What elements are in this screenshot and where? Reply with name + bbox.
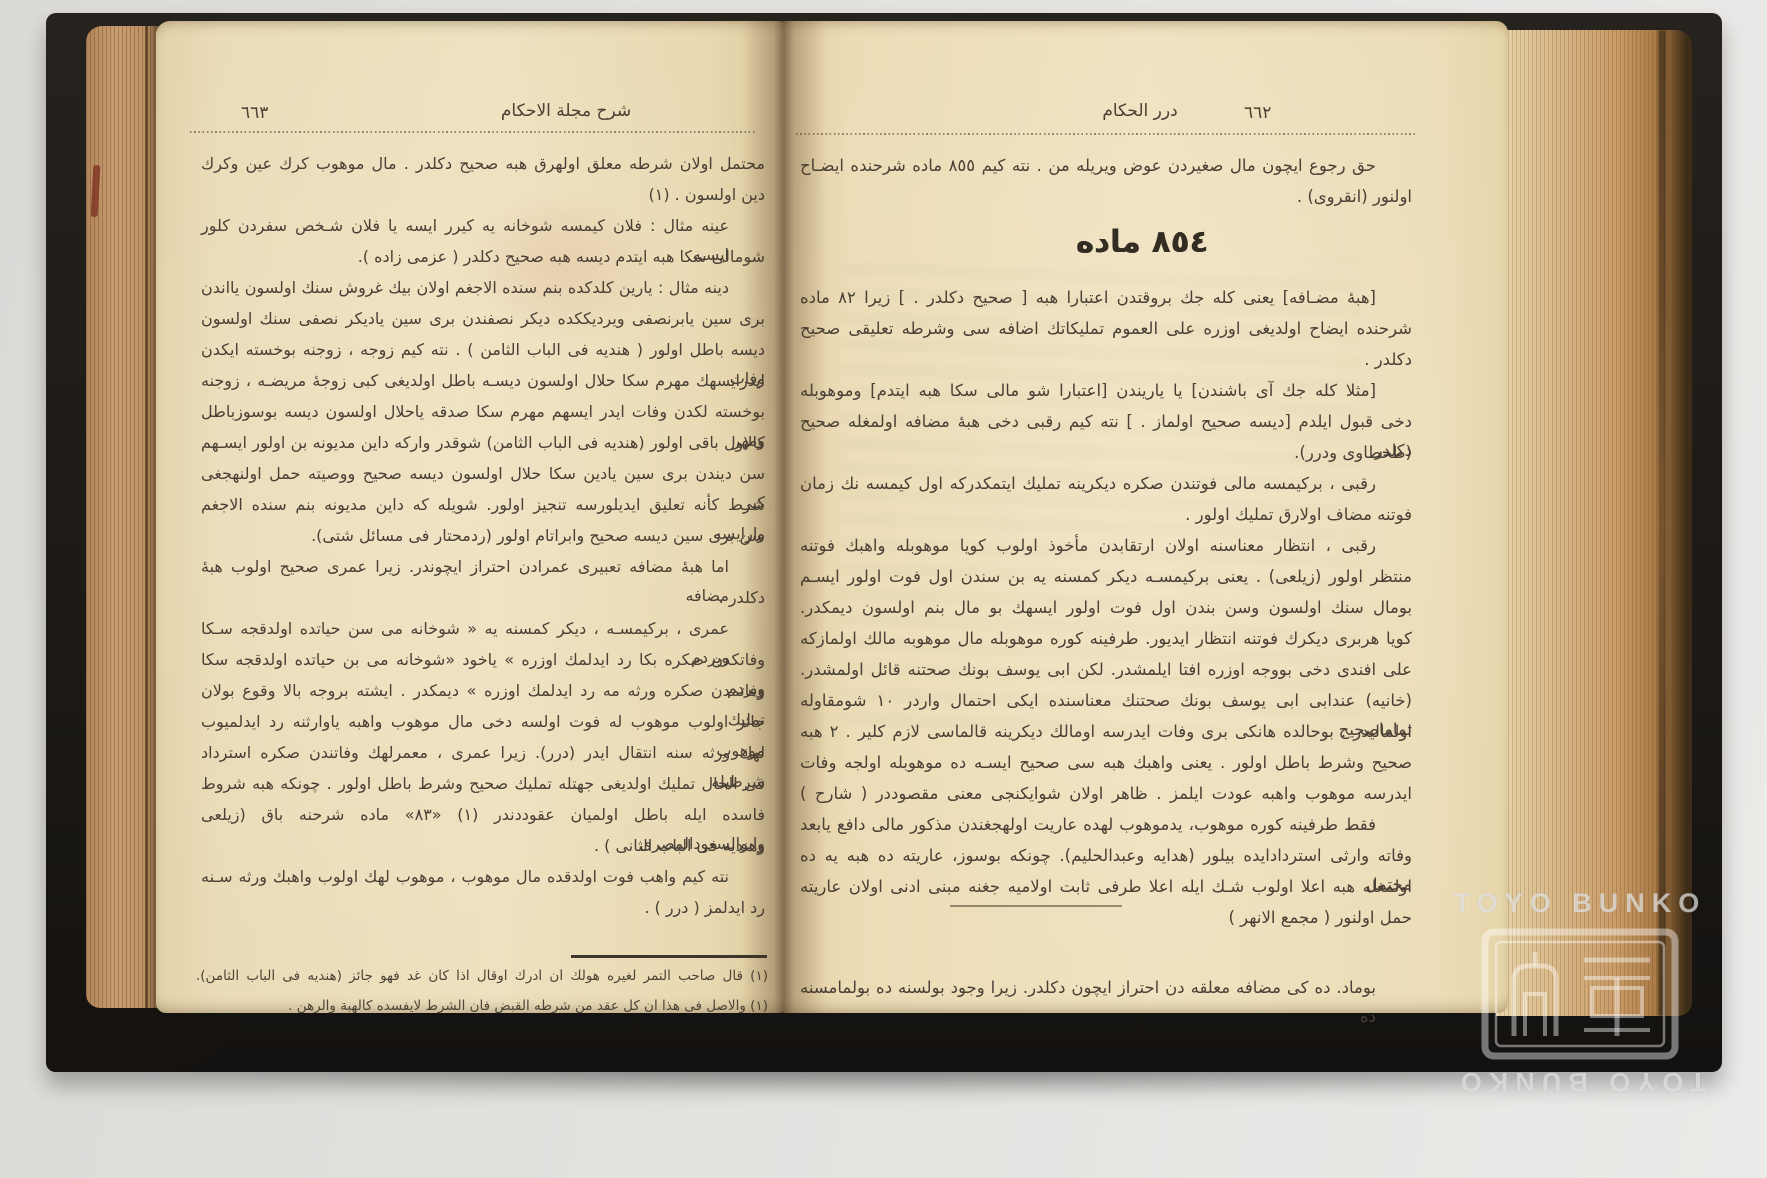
text-line: كويا هربرى ديكرك فوتنه انتظار ايديور. طر… <box>800 624 1412 655</box>
text-line: اولماليدر . بوحالده هانكى برى وفات ايدرس… <box>800 717 1412 748</box>
text-line: لهك ورثه سنه انتقال ايدر (درر). زيرا عمر… <box>201 738 765 769</box>
left-header-rule <box>190 131 756 133</box>
text-line: (١) والاصل فى هذا ان كل عقد من شرطه القب… <box>196 993 768 1023</box>
text-line: وفاته وارثى استردادايده بيلور (هدايه وعب… <box>800 841 1412 872</box>
text-line: اولمغله هبه اعلا اولوب شـك ايله اعلا طرف… <box>800 872 1412 903</box>
text-line: فاسده ايله باطل اولميان عقوددندر (١) «٨٣… <box>201 800 765 831</box>
text-line: دخى قبول ايلدم [ديسه صحيح اولماز . ] نته… <box>800 407 1412 438</box>
text-line: جائز اولوب موهوب له فوت اولسه دخى مال مو… <box>201 707 765 738</box>
text-line: ايدرايسهك مهرم سكا حلال اولسون ديسـه باط… <box>201 366 765 397</box>
text-line: (١) قال صاحب التمر لغيره هولك ان ادرك او… <box>196 963 768 993</box>
text-line: برى سين يابرنصفى ويرديككده ديكر نصفندن ب… <box>201 304 765 335</box>
text-line: شرحنده ايضاح اولديغى اوزره على العموم تم… <box>800 314 1412 345</box>
photo-scene: ٦٦٣ شرح مجلة الاحكام محتمل اولان شرطه مع… <box>0 0 1767 1178</box>
text-line: شرط كأنه تعليق ايديلورسه تنجيز اولور. شو… <box>201 490 765 521</box>
text-line: رقبى ، انتظار معناسنه اولان ارتقابدن مأخ… <box>800 531 1412 562</box>
right-page-header-title: درر الحكام <box>1050 101 1230 121</box>
text-line: اولنور (انقروى) . <box>800 182 1412 213</box>
right-page-number: ٦٦٢ <box>1244 103 1271 123</box>
left-page-number: ٦٦٣ <box>241 103 268 123</box>
text-line: [مثلا كله جك آى باشندن] يا ياريندن [اعتب… <box>800 376 1412 407</box>
text-line: دكلدر . <box>201 583 765 614</box>
footnote-rule <box>571 955 767 958</box>
faint-underline <box>950 905 1122 907</box>
text-line: وفاتكدن صكره بكا رد ايدلمك اوزره » ياخود… <box>201 645 765 676</box>
text-line: محتمل اولان شرطه معلق اولهرق هبه صحيح دك… <box>201 149 765 180</box>
text-line: وهنديه فى الباب الثانى ) . <box>201 831 765 862</box>
text-line: صحيح وشرط باطل اولور . يعنى واهبك هبه سى… <box>800 748 1412 779</box>
text-line: فوتنه مضاف اولارق تمليك اولور . <box>800 500 1412 531</box>
text-line: ايدرسه موهوب واهبه عودت ايلمز . ظاهر اول… <box>800 779 1412 810</box>
text-line: نته كيم واهب فوت اولدقده مال موهوب ، موه… <box>201 862 765 893</box>
right-header-rule <box>796 133 1416 135</box>
text-line: [هبهٔ مضـافه] يعنى كله جك بروقتدن اعتبار… <box>800 283 1412 314</box>
text-line: حق رجوع ايچون مال صغيردن عوض ويريله من .… <box>800 151 1412 182</box>
text-line: سن ديندن برى سين يادين سكا حلال اولسون د… <box>201 459 765 490</box>
left-page-body: محتمل اولان شرطه معلق اولهرق هبه صحيح دك… <box>201 149 765 924</box>
text-line: عمرى ، بركيمسـه ، ديكر كمسنه يه « شوخانه… <box>201 614 765 645</box>
text-line: حمل اولنور ( مجمع الانهر ) <box>800 903 1412 934</box>
text-line: (طحطاوى ودرر). <box>800 438 1412 469</box>
text-line: كالاول باقى اولور (هنديه فى الباب الثامن… <box>201 428 765 459</box>
text-line: رد ايدلمز ( درر ) . <box>201 893 765 924</box>
right-page-closing: بوماد. ده كى مضافه معلقه دن احتراز ايچون… <box>800 973 1412 1004</box>
text-line: منتظر اولور (زيلعى) . يعنى بركيمسـه ديكر… <box>800 562 1412 593</box>
text-line: بوماد. ده كى مضافه معلقه دن احتراز ايچون… <box>800 973 1412 1004</box>
right-page-intro: حق رجوع ايچون مال صغيردن عوض ويريله من .… <box>800 151 1412 213</box>
article-heading: ٨٥٤ ماده <box>1032 224 1252 260</box>
text-line: على افندى دخى بووجه اوزره افتا ايلمشدر. … <box>800 655 1412 686</box>
text-line: عينه مثال : فلان كيمسه شوخانه يه كيرر اي… <box>201 211 765 242</box>
text-line: سن برى سين ديسه صحيح وابراتام اولور (ردم… <box>201 521 765 552</box>
text-line: وفاتمدن صكره ورثه مه رد ايدلمك اوزره » د… <box>201 676 765 707</box>
text-line: شومالى سكا هبه ايتدم ديسه هبه صحيح دكلدر… <box>201 242 765 273</box>
right-page: درر الحكام ٦٦٢ حق رجوع ايچون مال صغيردن … <box>782 21 1508 1013</box>
right-page-body: [هبهٔ مضـافه] يعنى كله جك بروقتدن اعتبار… <box>800 283 1412 934</box>
text-line: دكلدر . <box>800 345 1412 376</box>
text-line: بومال سنك اولسون وسن بندن اول فوت اولور … <box>800 593 1412 624</box>
left-page-footnotes: (١) قال صاحب التمر لغيره هولك ان ادرك او… <box>196 963 768 1023</box>
text-line: فقط طرفينه كوره موهوب، يدموهوب لهده عاري… <box>800 810 1412 841</box>
text-line: رقبى ، بركيمسه مالى فوتندن صكره ديكرينه … <box>800 469 1412 500</box>
right-page-edge-stack <box>1496 30 1692 1016</box>
text-line: دينه مثال : يارين كلدكده بنم سنده الاجغم… <box>201 273 765 304</box>
text-line: فى الحال تمليك اولديغى جهتله تمليك صحيح … <box>201 769 765 800</box>
text-line: بوخسته لكدن وفات ايدر ايسهم مهرم سكا صدق… <box>201 397 765 428</box>
left-page: ٦٦٣ شرح مجلة الاحكام محتمل اولان شرطه مع… <box>156 21 782 1013</box>
text-line: دين اولسون . (١) <box>201 180 765 211</box>
left-page-header-title: شرح مجلة الاحكام <box>406 101 726 121</box>
text-line: (خانيه) عندابى ابى يوسف بونك صحتنك معناس… <box>800 686 1412 717</box>
text-line: ديسه باطل اولور ( هنديه فى الباب الثامن … <box>201 335 765 366</box>
text-line: اما هبهٔ مضافه تعبيرى عمرادن احتراز ايچو… <box>201 552 765 583</box>
